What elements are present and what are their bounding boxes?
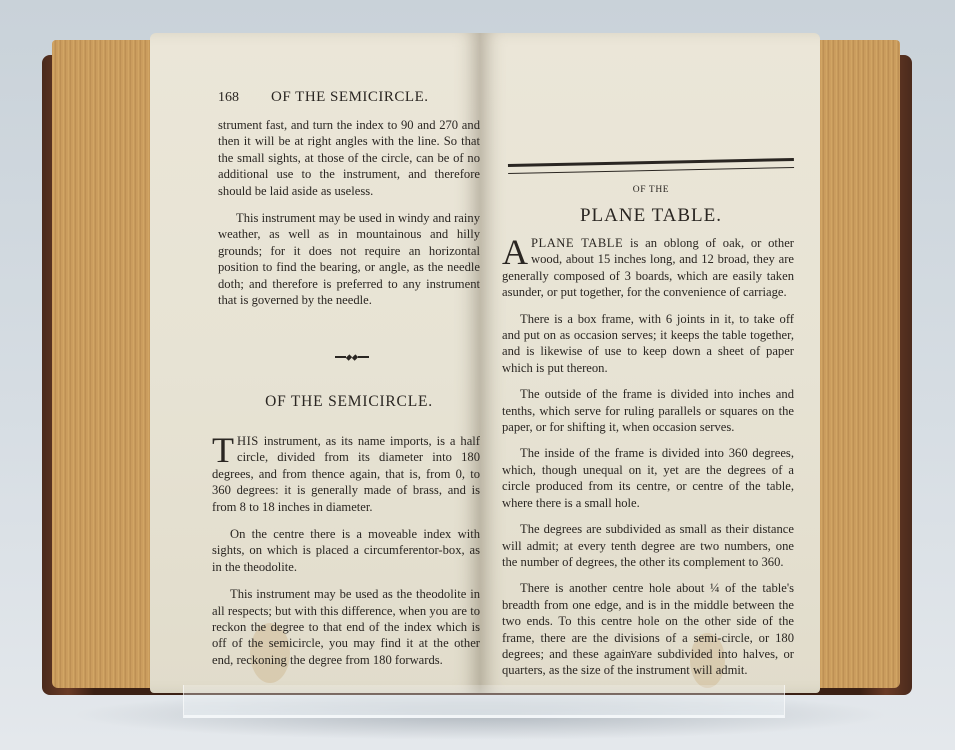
section-text: THIS instrument, as its name imports, is… [212,433,480,679]
signature-mark: Y [630,650,637,661]
page-edges-left [52,40,162,688]
continuation-text: strument fast, and turn the index to 90 … [218,117,480,319]
paragraph: The inside of the frame is divided into … [502,445,794,511]
drop-cap: A [502,237,528,267]
page-number: 168 [218,90,239,106]
chapter-title: PLANE TABLE. [508,205,794,227]
chapter-text: APLANE TABLE is an oblong of oak, or oth… [502,235,794,689]
pre-title: OF THE [508,185,794,195]
section-title: OF THE SEMICIRCLE. [218,393,480,411]
paragraph: APLANE TABLE is an oblong of oak, or oth… [502,235,794,301]
header-rule [508,158,794,174]
paragraph: The degrees are subdivided as small as t… [502,521,794,570]
paragraph: This instrument may be used in windy and… [218,210,480,308]
section-ornament [335,355,369,359]
paragraph: There is another centre hole about ¼ of … [502,580,794,678]
paragraph: On the centre there is a moveable index … [212,526,480,575]
right-page: OF THE PLANE TABLE. APLANE TABLE is an o… [480,33,820,693]
left-page: 168 OF THE SEMICIRCLE. strument fast, an… [150,33,480,693]
paragraph: There is a box frame, with 6 joints in i… [502,311,794,377]
acrylic-book-stand [183,685,785,718]
running-head-title: OF THE SEMICIRCLE. [271,89,428,106]
drop-cap: T [212,435,234,465]
paragraph: This instrument may be used as the theod… [212,586,480,668]
running-head: 168 OF THE SEMICIRCLE. [218,89,478,106]
paragraph: THIS instrument, as its name imports, is… [212,433,480,515]
paragraph: strument fast, and turn the index to 90 … [218,117,480,199]
paragraph: The outside of the frame is divided into… [502,386,794,435]
